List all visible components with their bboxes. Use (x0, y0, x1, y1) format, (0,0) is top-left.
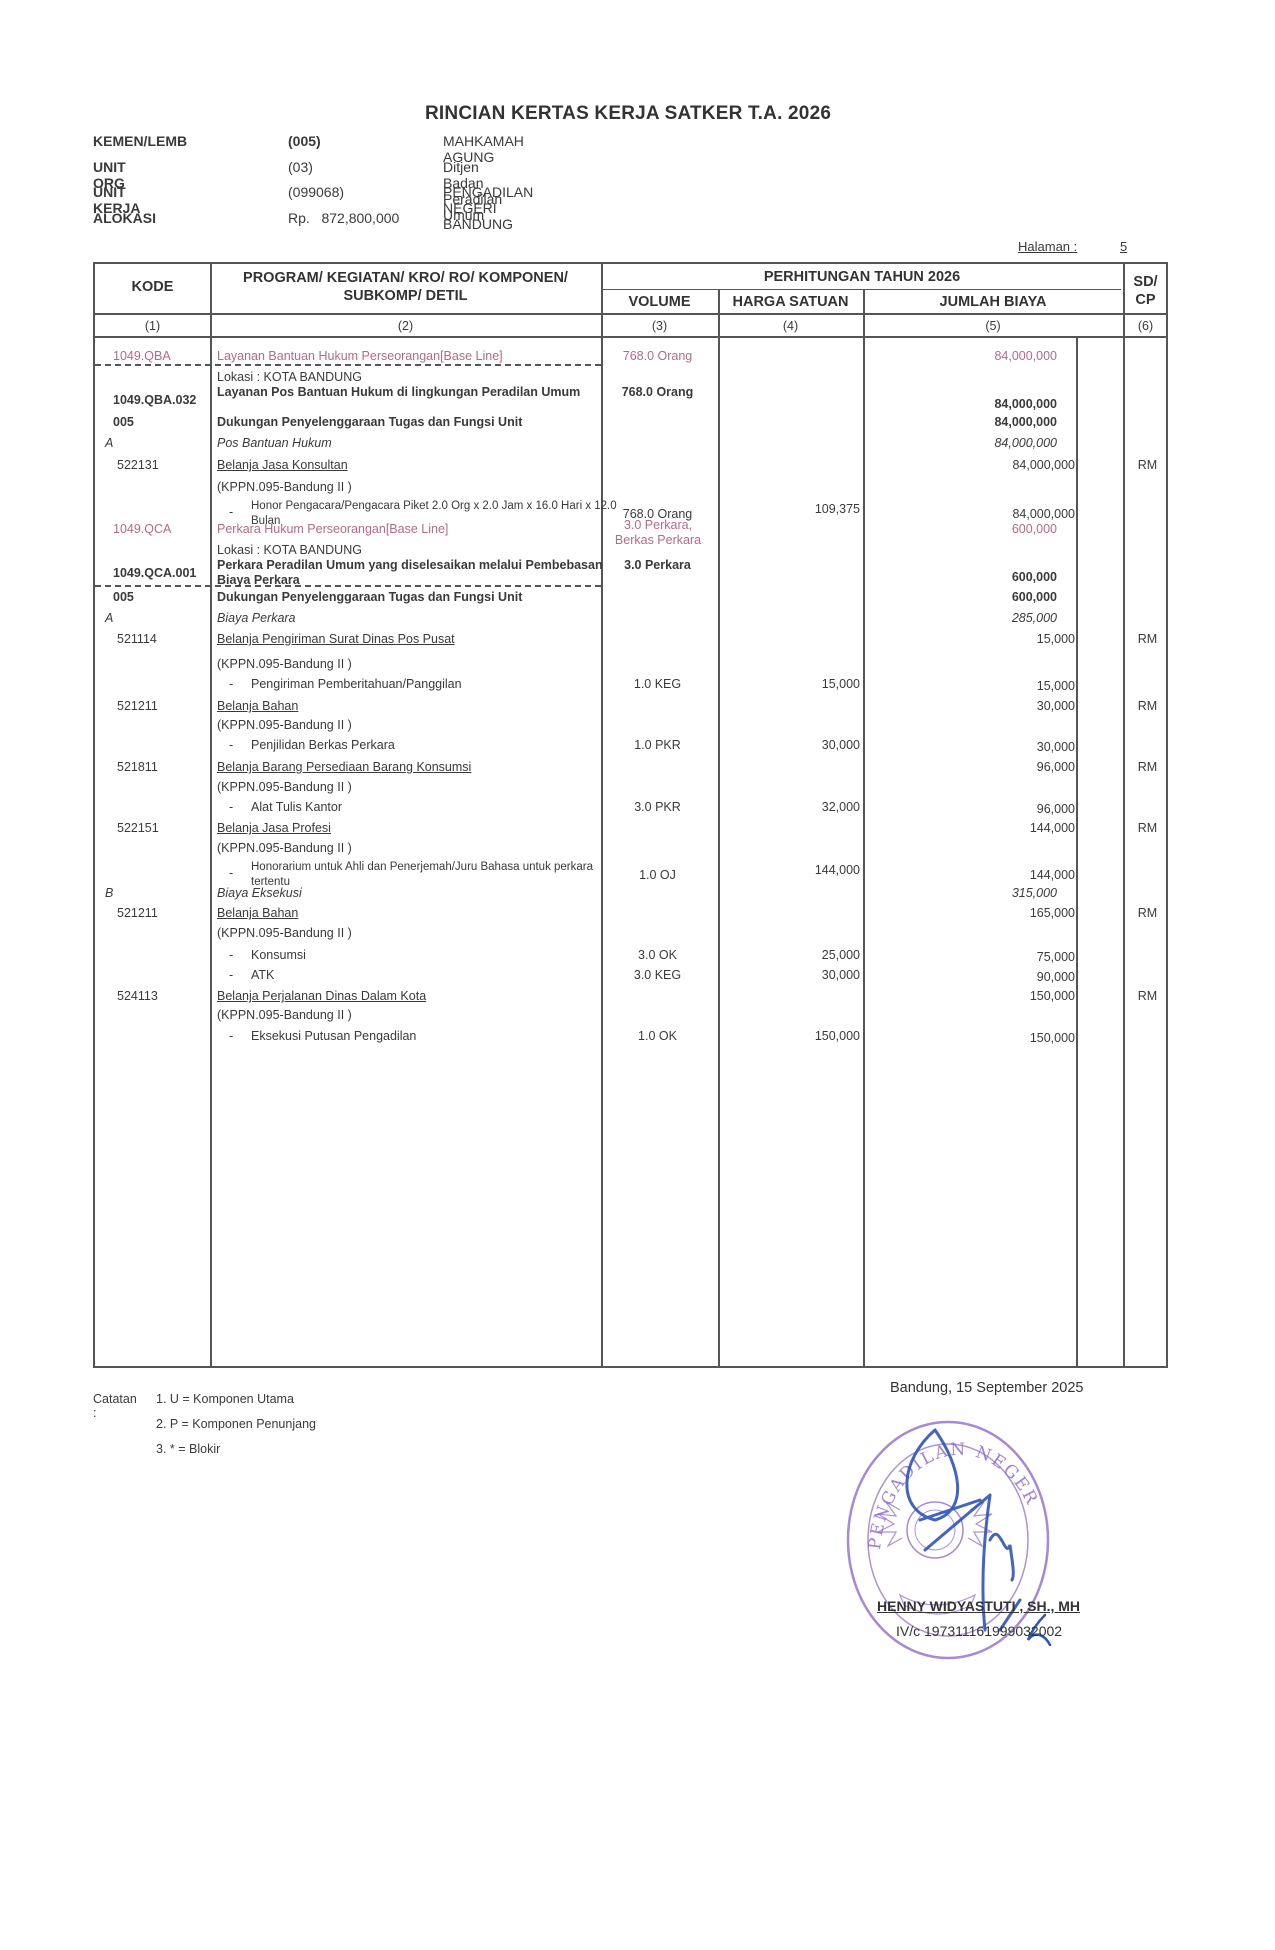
cell-uraian: Layanan Bantuan Hukum Perseorangan[Base … (217, 349, 607, 364)
cell-jumlah-biaya: 15,000 (865, 679, 1075, 693)
cell-harga-satuan: 30,000 (720, 738, 860, 752)
header-divider (601, 289, 1121, 290)
cell-uraian: Belanja Bahan (217, 906, 607, 921)
cell-sdcp: RM (1125, 760, 1170, 774)
cell-jumlah-biaya: 84,000,000 (865, 349, 1057, 363)
cell-sdcp: RM (1125, 632, 1170, 646)
col-divider (210, 264, 212, 1366)
meta-code: Rp. 872,800,000 (288, 210, 399, 226)
cell-jumlah-biaya: 315,000 (865, 886, 1057, 900)
cell-volume: 3.0 Perkara, Berkas Perkara (608, 518, 708, 548)
cell-jumlah-biaya: 90,000 (865, 970, 1075, 984)
item-text: Pengiriman Pemberitahuan/Panggilan (251, 677, 621, 692)
col-number: (5) (863, 319, 1123, 333)
cell-uraian: Belanja Pengiriman Surat Dinas Pos Pusat (217, 632, 607, 647)
meta-code: (005) (288, 133, 321, 149)
bullet-dash: - (229, 1029, 233, 1044)
cell-volume: 768.0 Orang (600, 349, 715, 364)
col-divider (1076, 336, 1078, 1366)
cell-uraian: (KPPN.095-Bandung II ) (217, 657, 607, 672)
cell-jumlah-biaya: 84,000,000 (865, 458, 1075, 472)
cell-jumlah-biaya: 144,000 (865, 868, 1075, 882)
cell-jumlah-biaya: 150,000 (865, 1031, 1075, 1045)
cell-kode: 005 (113, 590, 134, 604)
cell-uraian: (KPPN.095-Bandung II ) (217, 480, 607, 495)
header-volume: VOLUME (601, 294, 718, 310)
cell-volume: 3.0 KEG (600, 968, 715, 983)
cell-harga-satuan: 109,375 (720, 502, 860, 516)
budget-table: KODE PROGRAM/ KEGIATAN/ KRO/ RO/ KOMPONE… (93, 262, 1168, 1368)
meta-code: (099068) (288, 184, 344, 200)
cell-kode: 521211 (117, 906, 158, 920)
bullet-dash: - (229, 505, 233, 520)
cell-uraian: Lokasi : KOTA BANDUNG (217, 370, 607, 385)
cell-uraian: Biaya Eksekusi (217, 886, 607, 901)
cell-kode: 1049.QBA (113, 349, 171, 363)
item-text: Penjilidan Berkas Perkara (251, 738, 621, 753)
cell-jumlah-biaya: 75,000 (865, 950, 1075, 964)
cell-uraian: Belanja Barang Persediaan Barang Konsums… (217, 760, 607, 775)
cell-volume: 1.0 OJ (600, 868, 715, 883)
header-divider (95, 313, 1166, 315)
bullet-dash: - (229, 948, 233, 963)
cell-uraian: (KPPN.095-Bandung II ) (217, 1008, 607, 1023)
note-item: 2. P = Komponen Penunjang (156, 1417, 316, 1431)
cell-kode: 1049.QBA.032 (113, 393, 196, 407)
cell-jumlah-biaya: 600,000 (865, 570, 1057, 584)
cell-uraian: Belanja Perjalanan Dinas Dalam Kota (217, 989, 607, 1004)
cell-volume: 768.0 Orang (600, 385, 715, 400)
cell-uraian: Belanja Jasa Profesi (217, 821, 607, 836)
cell-kode: 522151 (117, 821, 159, 835)
cell-jumlah-biaya: 15,000 (865, 632, 1075, 646)
item-text: Konsumsi (251, 948, 621, 963)
cell-uraian: Layanan Pos Bantuan Hukum di lingkungan … (217, 385, 607, 400)
cell-kode: B (105, 886, 113, 900)
note-item: 1. U = Komponen Utama (156, 1392, 294, 1406)
cell-harga-satuan: 150,000 (720, 1029, 860, 1043)
signatory-name: HENNY WIDYASTUTI , SH., MH (877, 1598, 1080, 1614)
bullet-dash: - (229, 866, 233, 881)
meta-code: (03) (288, 159, 313, 175)
col-number: (4) (718, 319, 863, 333)
header-kode: KODE (95, 279, 210, 295)
header-harga-satuan: HARGA SATUAN (718, 294, 863, 310)
cell-harga-satuan: 30,000 (720, 968, 860, 982)
cell-uraian: Dukungan Penyelenggaraan Tugas dan Fungs… (217, 590, 607, 605)
bullet-dash: - (229, 677, 233, 692)
cell-harga-satuan: 25,000 (720, 948, 860, 962)
col-number: (6) (1123, 319, 1168, 333)
cell-jumlah-biaya: 165,000 (865, 906, 1075, 920)
cell-sdcp: RM (1125, 699, 1170, 713)
cell-sdcp: RM (1125, 458, 1170, 472)
cell-uraian: Dukungan Penyelenggaraan Tugas dan Fungs… (217, 415, 607, 430)
cell-jumlah-biaya: 30,000 (865, 740, 1075, 754)
cell-harga-satuan: 144,000 (720, 863, 860, 877)
cell-uraian: Belanja Jasa Konsultan (217, 458, 607, 473)
cell-jumlah-biaya: 84,000,000 (865, 397, 1057, 411)
cell-uraian: Perkara Hukum Perseorangan[Base Line] (217, 522, 607, 537)
cell-volume: 3.0 Perkara (600, 558, 715, 573)
cell-uraian: (KPPN.095-Bandung II ) (217, 718, 607, 733)
meta-name: PENGADILAN NEGERI BANDUNG (443, 184, 533, 232)
header-sdcp-2: CP (1123, 292, 1168, 308)
cell-volume: 3.0 OK (600, 948, 715, 963)
cell-jumlah-biaya: 30,000 (865, 699, 1075, 713)
cell-uraian: Biaya Perkara (217, 611, 607, 626)
cell-jumlah-biaya: 96,000 (865, 802, 1075, 816)
cell-kode: 1049.QCA.001 (113, 566, 196, 580)
cell-kode: 524113 (117, 989, 158, 1003)
meta-label: ALOKASI (93, 210, 156, 226)
cell-kode: 522131 (117, 458, 159, 472)
col-divider (718, 289, 720, 1366)
cell-kode: 1049.QCA (113, 522, 171, 536)
col-number: (2) (210, 319, 601, 333)
cell-uraian: Perkara Peradilan Umum yang diselesaikan… (217, 558, 607, 588)
item-text: ATK (251, 968, 621, 983)
sign-place-date: Bandung, 15 September 2025 (890, 1380, 1083, 1396)
cell-uraian: (KPPN.095-Bandung II ) (217, 780, 607, 795)
bullet-dash: - (229, 738, 233, 753)
cell-jumlah-biaya: 144,000 (865, 821, 1075, 835)
bullet-dash: - (229, 968, 233, 983)
header-jumlah-biaya: JUMLAH BIAYA (863, 294, 1123, 310)
cell-harga-satuan: 15,000 (720, 677, 860, 691)
cell-uraian: (KPPN.095-Bandung II ) (217, 841, 607, 856)
cell-kode: 521811 (117, 760, 158, 774)
cell-sdcp: RM (1125, 906, 1170, 920)
header-uraian-1: PROGRAM/ KEGIATAN/ KRO/ RO/ KOMPONEN/ (210, 270, 601, 286)
bullet-dash: - (229, 800, 233, 815)
cell-jumlah-biaya: 600,000 (865, 522, 1057, 536)
header-perhitungan: PERHITUNGAN TAHUN 2026 (601, 269, 1123, 285)
page-label: Halaman : (1018, 239, 1077, 254)
col-number: (3) (601, 319, 718, 333)
signatory-nip: IV/c 197311161999032002 (896, 1623, 1062, 1639)
kro-separator (95, 364, 601, 366)
cell-jumlah-biaya: 84,000,000 (865, 436, 1057, 450)
cell-kode: A (105, 436, 113, 450)
cell-jumlah-biaya: 285,000 (865, 611, 1057, 625)
cell-volume: 1.0 PKR (600, 738, 715, 753)
cell-jumlah-biaya: 600,000 (865, 590, 1057, 604)
cell-uraian: (KPPN.095-Bandung II ) (217, 926, 607, 941)
item-text: Eksekusi Putusan Pengadilan (251, 1029, 621, 1044)
cell-volume: 1.0 KEG (600, 677, 715, 692)
page-number: 5 (1120, 239, 1127, 254)
cell-kode: 521114 (117, 632, 157, 646)
cell-kode: 005 (113, 415, 134, 429)
item-text: Alat Tulis Kantor (251, 800, 621, 815)
note-item: 3. * = Blokir (156, 1442, 220, 1456)
cell-jumlah-biaya: 96,000 (865, 760, 1075, 774)
cell-uraian: Pos Bantuan Hukum (217, 436, 607, 451)
header-divider (95, 336, 1166, 338)
cell-jumlah-biaya: 84,000,000 (865, 415, 1057, 429)
cell-sdcp: RM (1125, 989, 1170, 1003)
cell-harga-satuan: 32,000 (720, 800, 860, 814)
cell-volume: 3.0 PKR (600, 800, 715, 815)
cell-volume: 1.0 OK (600, 1029, 715, 1044)
cell-kode: A (105, 611, 113, 625)
header-uraian-2: SUBKOMP/ DETIL (210, 288, 601, 304)
cell-jumlah-biaya: 150,000 (865, 989, 1075, 1003)
cell-jumlah-biaya: 84,000,000 (865, 507, 1075, 521)
col-divider (1123, 264, 1125, 1366)
cell-sdcp: RM (1125, 821, 1170, 835)
cell-uraian: Lokasi : KOTA BANDUNG (217, 543, 607, 558)
notes-label: Catatan : (93, 1392, 137, 1420)
cell-kode: 521211 (117, 699, 158, 713)
meta-label: KEMEN/LEMB (93, 133, 187, 149)
header-sdcp-1: SD/ (1123, 274, 1168, 290)
col-number: (1) (95, 319, 210, 333)
cell-uraian: Belanja Bahan (217, 699, 607, 714)
document-title: RINCIAN KERTAS KERJA SATKER T.A. 2026 (425, 103, 831, 125)
